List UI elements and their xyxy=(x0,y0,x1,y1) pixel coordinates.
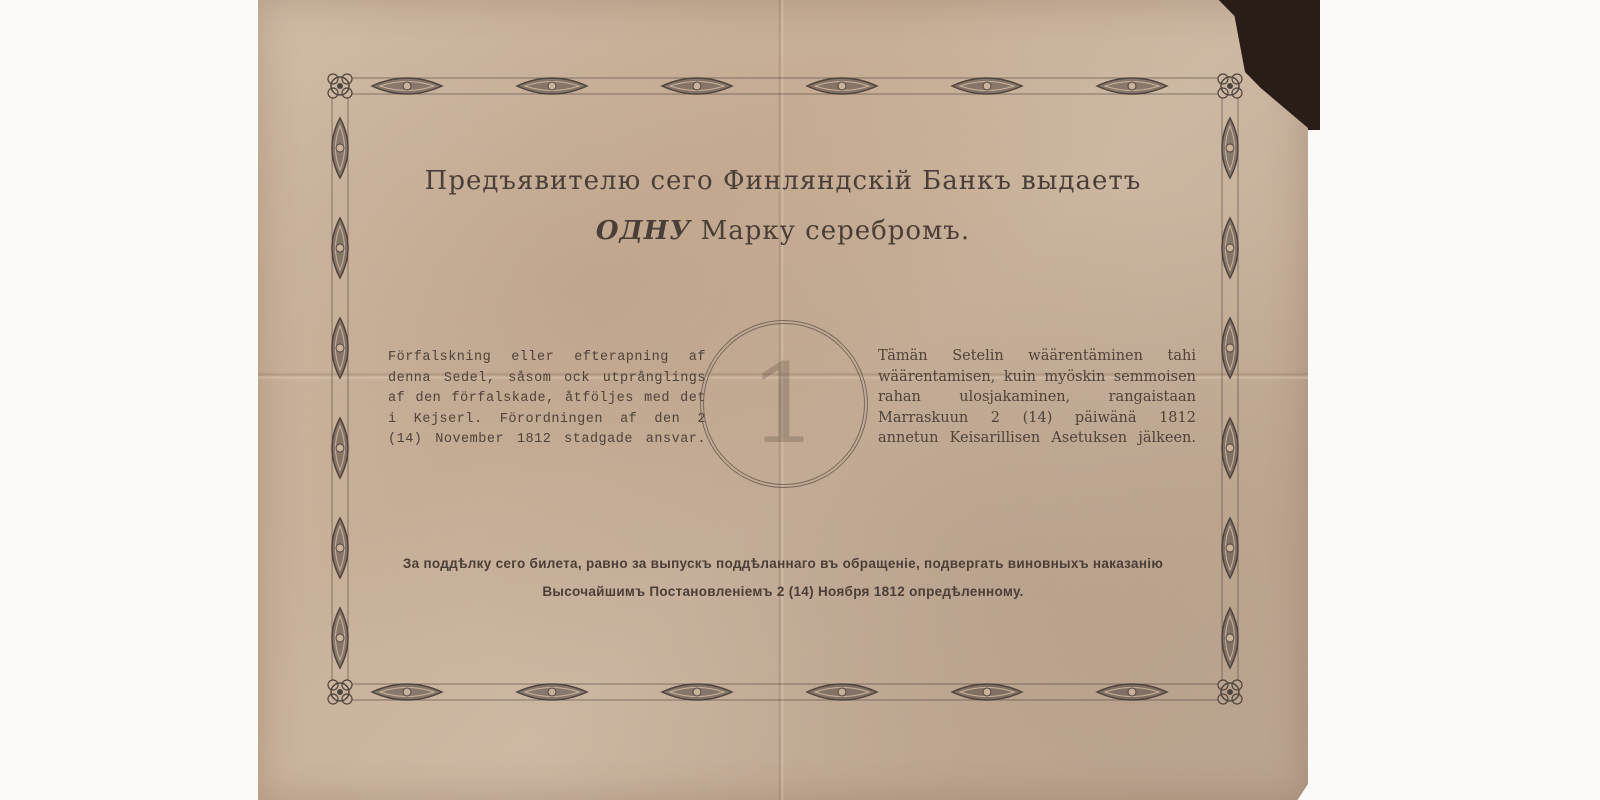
finnish-line: annetun Keisarillisen Asetuksen jälkeen. xyxy=(878,428,1196,449)
finnish-line: wäärentamisen, kuin myöskin semmoisen xyxy=(878,367,1196,388)
finnish-warning-text: Tämän Setelin wäärentäminen tahi wäärent… xyxy=(878,346,1196,449)
swedish-line: (14) November 1812 stadgade ansvar. xyxy=(388,430,706,451)
swedish-warning-text: Förfalskning eller efterapning af denna … xyxy=(388,348,706,451)
denomination-numeral: 1 xyxy=(704,324,864,484)
amount-rest: Марку серебромъ. xyxy=(691,216,970,246)
finnish-line: Marraskuun 2 (14) päiwänä 1812 xyxy=(878,408,1196,429)
finnish-line: Tämän Setelin wäärentäminen tahi xyxy=(878,346,1196,367)
russian-warning-line-2: Высочайшимъ Постановленіемъ 2 (14) Ноябр… xyxy=(258,584,1308,599)
finnish-line: rahan ulosjakaminen, rangaistaan xyxy=(878,387,1196,408)
swedish-line: Förfalskning eller efterapning af xyxy=(388,348,706,369)
denomination-seal: 1 xyxy=(700,320,868,488)
issuer-line: Предъявителю сего Финляндскій Банкъ выда… xyxy=(258,166,1308,196)
amount-word: ОДНУ xyxy=(596,216,691,246)
swedish-line: i Kejserl. Förordningen af den 2 xyxy=(388,410,706,431)
swedish-line: denna Sedel, såsom ock utprånglings xyxy=(388,369,706,390)
amount-line: ОДНУ Марку серебромъ. xyxy=(258,216,1308,246)
russian-warning-line-1: За поддѣлку сего билета, равно за выпуск… xyxy=(258,556,1308,571)
banknote: Предъявителю сего Финляндскій Банкъ выда… xyxy=(258,0,1308,800)
swedish-line: af den förfalskade, åtföljes med det xyxy=(388,389,706,410)
